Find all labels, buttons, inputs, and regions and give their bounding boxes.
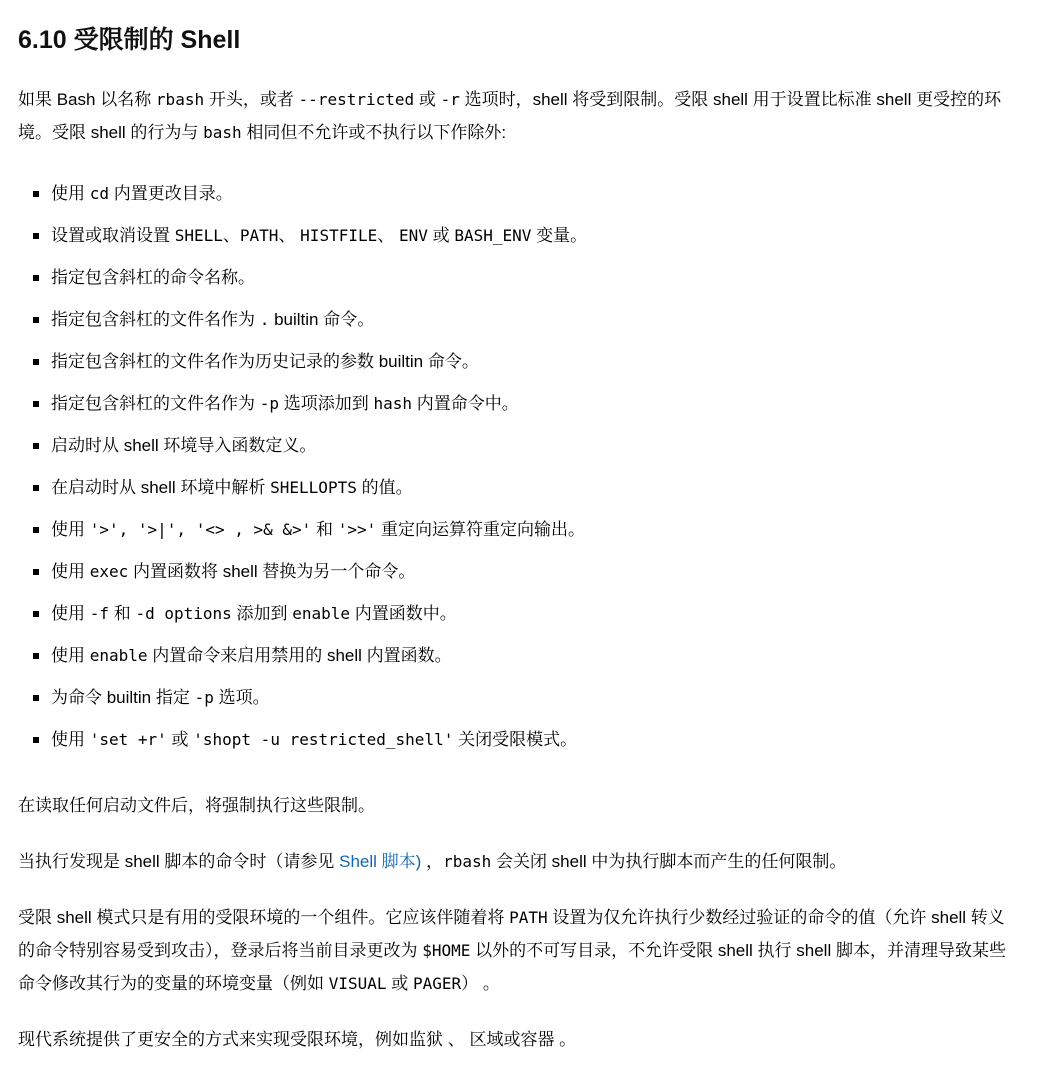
text-run: 重定向运算符重定向输出。 (376, 520, 585, 539)
text-run: 和 (311, 520, 337, 539)
inline-code-text: rbash (443, 852, 491, 871)
doc-paragraph: 当执行发现是 shell 脚本的命令时（请参见 Shell 脚本) ，rbash… (18, 845, 1019, 878)
doc-paragraph: 受限 shell 模式只是有用的受限环境的一个组件。它应该伴随着将 PATH 设… (18, 901, 1019, 1000)
restriction-item: 使用 enable 内置命令来启用禁用的 shell 内置函数。 (33, 641, 1019, 671)
text-run: 使用 (51, 184, 90, 203)
text-run: 变量。 (531, 226, 587, 245)
inline-code-text: HISTFILE (300, 226, 377, 245)
inline-code-text: PATH (240, 226, 279, 245)
inline-code-text: PAGER (413, 974, 461, 993)
text-run: 使用 (51, 520, 90, 539)
inline-code-text: . (260, 310, 270, 329)
inline-code-text: VISUAL (329, 974, 387, 993)
text-run: 或 (414, 90, 440, 109)
text-run: 在启动时从 shell 环境中解析 (51, 478, 270, 497)
restriction-item: 使用 cd 内置更改目录。 (33, 179, 1019, 209)
intro-paragraph: 如果 Bash 以名称 rbash 开头，或者 --restricted 或 -… (18, 83, 1019, 149)
inline-code-text: ENV (399, 226, 428, 245)
text-run: 在读取任何启动文件后，将强制执行这些限制。 (18, 796, 375, 815)
text-run: 内置命令来启用禁用的 shell 内置函数。 (148, 646, 452, 665)
text-run: 当执行发现是 shell 脚本的命令时（请参见 (18, 852, 339, 871)
restriction-item: 启动时从 shell 环境导入函数定义。 (33, 431, 1019, 461)
text-run: 现代系统提供了更安全的方式来实现受限环境，例如 (18, 1030, 409, 1049)
text-run: 或 (503, 1030, 520, 1049)
inline-code-text: cd (90, 184, 109, 203)
text-run: 和 (109, 604, 135, 623)
closing-paragraphs: 在读取任何启动文件后，将强制执行这些限制。当执行发现是 shell 脚本的命令时… (18, 789, 1019, 1057)
text-run: builtin 指定 (102, 688, 195, 707)
inline-code-text: --restricted (299, 90, 415, 109)
text-run: 相同但不允许或不执行以下作除外: (242, 123, 506, 142)
inline-code-text: -r (441, 90, 460, 109)
restriction-item: 在启动时从 shell 环境中解析 SHELLOPTS 的值。 (33, 473, 1019, 503)
serif-text-run: 为命令 (51, 688, 102, 708)
inline-code-text: 'set +r' (90, 730, 167, 749)
text-run: 内置函数中。 (350, 604, 457, 623)
text-run: 关闭受限模式。 (453, 730, 577, 749)
text-run: 指定包含斜杠的文件名作为 (51, 352, 255, 371)
text-run: 开头，或者 (204, 90, 298, 109)
restriction-item: 使用 '>', '>|', '<> , >& &>' 和 '>>' 重定向运算符… (33, 515, 1019, 545)
inline-code-text: -f (90, 604, 109, 623)
text-run: 的参数 builtin 命令。 (323, 352, 479, 371)
inline-code-text: $HOME (422, 941, 470, 960)
inline-code-text: -d options (135, 604, 231, 623)
text-run: ， (421, 852, 443, 871)
text-run: 内置更改目录。 (109, 184, 233, 203)
inline-code-text: SHELL (175, 226, 223, 245)
text-run: 启动时从 shell 环境导入函数定义。 (51, 436, 316, 455)
inline-code-text: rbash (156, 90, 204, 109)
inline-code-text: enable (90, 646, 148, 665)
text-run: 设置或取消设置 (51, 226, 175, 245)
text-run: 选项。 (214, 688, 270, 707)
text-run: 如果 Bash 以名称 (18, 90, 156, 109)
text-run: 使用 (51, 562, 90, 581)
restriction-item: 指定包含斜杠的文件名作为历史记录的参数 builtin 命令。 (33, 347, 1019, 377)
serif-text-run: 区域 (469, 1030, 503, 1050)
restriction-item: 使用 'set +r' 或 'shopt -u restricted_shell… (33, 725, 1019, 755)
text-run: 会关闭 shell 中为执行脚本而产生的任何限制。 (491, 852, 846, 871)
inline-code-text: -p (260, 394, 279, 413)
text-run: 内置命令中。 (412, 394, 519, 413)
text-run: 指定包含斜杠的文件名作为 (51, 394, 260, 413)
inline-code-text: exec (90, 562, 129, 581)
serif-text-run: 容器 (520, 1030, 554, 1050)
restriction-item: 使用 -f 和 -d options 添加到 enable 内置函数中。 (33, 599, 1019, 629)
restriction-item: 设置或取消设置 SHELL、PATH、 HISTFILE、 ENV 或 BASH… (33, 221, 1019, 251)
doc-paragraph: 现代系统提供了更安全的方式来实现受限环境，例如监狱 、 区域或容器 。 (18, 1023, 1019, 1057)
inline-code-text: hash (373, 394, 412, 413)
text-run: 、 (278, 226, 300, 245)
text-run: 指定包含斜杠的命令名称。 (51, 268, 255, 287)
text-run: ） 。 (461, 974, 500, 993)
inline-code-text: PATH (509, 908, 548, 927)
inline-code-text: -p (195, 688, 214, 707)
restriction-item: 为命令 builtin 指定 -p 选项。 (33, 683, 1019, 713)
inline-code-text: '>', '>|', '<> , >& &>' (90, 520, 312, 539)
serif-text-run: 历史记录 (255, 352, 323, 372)
text-run: builtin 命令。 (269, 310, 374, 329)
inline-code-text: SHELLOPTS (270, 478, 357, 497)
text-run: 或 (387, 974, 413, 993)
section-heading: 6.10 受限制的 Shell (18, 20, 1019, 56)
text-run: 、 (443, 1030, 469, 1049)
doc-section: 6.10 受限制的 Shell 如果 Bash 以名称 rbash 开头，或者 … (0, 0, 1039, 1086)
inline-code-text: 'shopt -u restricted_shell' (193, 730, 453, 749)
text-run: 或 (167, 730, 193, 749)
text-run: 内置函数将 shell 替换为另一个命令。 (128, 562, 415, 581)
text-run: 使用 (51, 604, 90, 623)
text-run: 。 (554, 1030, 576, 1049)
serif-text-run: 监狱 (409, 1030, 443, 1050)
restrictions-list: 使用 cd 内置更改目录。设置或取消设置 SHELL、PATH、 HISTFIL… (18, 179, 1019, 755)
restriction-item: 指定包含斜杠的文件名作为 -p 选项添加到 hash 内置命令中。 (33, 389, 1019, 419)
text-run: 或 (428, 226, 454, 245)
inline-code-text: BASH_ENV (454, 226, 531, 245)
text-run: 指定包含斜杠的文件名作为 (51, 310, 260, 329)
text-run: 、 (377, 226, 399, 245)
inline-code-text: bash (203, 123, 242, 142)
inline-code-text: enable (292, 604, 350, 623)
text-run: 的值。 (357, 478, 413, 497)
shell-scripts-link[interactable]: Shell 脚本) (339, 852, 421, 871)
inline-code-text: '>>' (338, 520, 377, 539)
text-run: 选项添加到 (279, 394, 373, 413)
text-run: 使用 (51, 730, 90, 749)
text-run: 使用 (51, 646, 90, 665)
text-run: 受限 shell 模式只是有用的受限环境的一个组件。它应该伴随着将 (18, 908, 509, 927)
restriction-item: 使用 exec 内置函数将 shell 替换为另一个命令。 (33, 557, 1019, 587)
doc-paragraph: 在读取任何启动文件后，将强制执行这些限制。 (18, 789, 1019, 822)
restriction-item: 指定包含斜杠的命令名称。 (33, 263, 1019, 293)
serif-text-run: 添加到 (237, 604, 288, 624)
text-run: 、 (223, 226, 240, 245)
restriction-item: 指定包含斜杠的文件名作为 . builtin 命令。 (33, 305, 1019, 335)
